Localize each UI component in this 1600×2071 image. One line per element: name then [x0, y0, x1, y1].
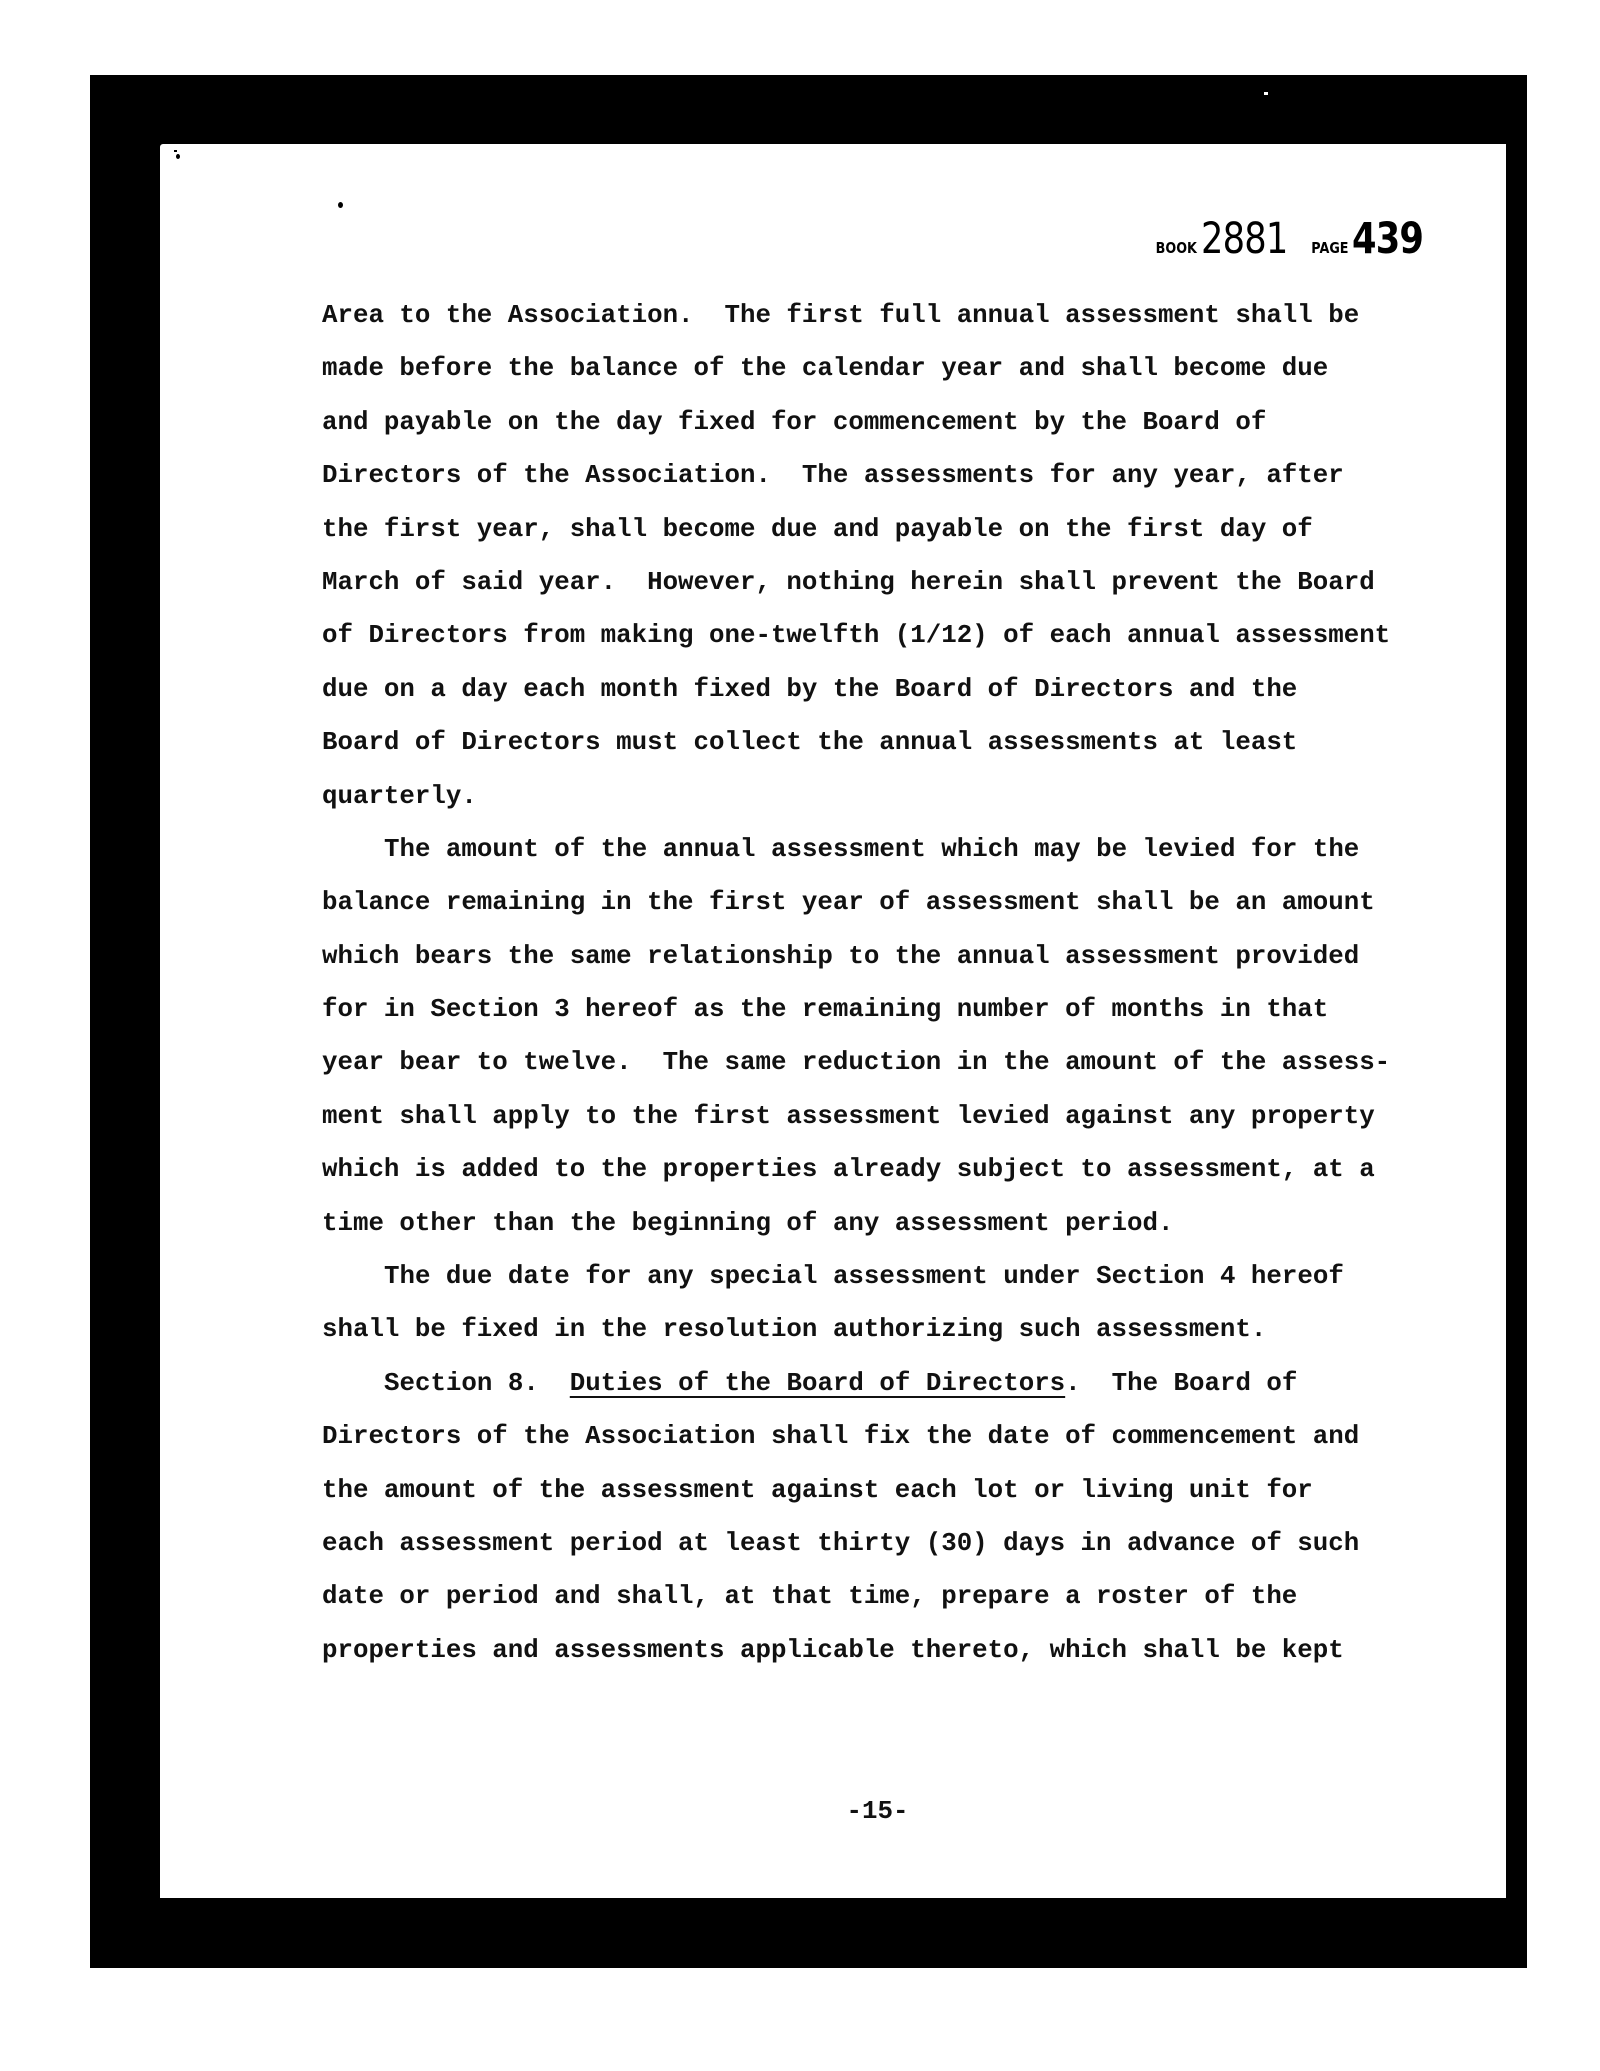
text-line: time other than the beginning of any ass…: [322, 1197, 1452, 1250]
text-line: The amount of the annual assessment whic…: [322, 823, 1452, 876]
recording-stamp: BOOK2881PAGE439: [1152, 214, 1431, 264]
text-line: the first year, shall become due and pay…: [322, 503, 1452, 556]
document-body: Area to the Association. The first full …: [322, 289, 1452, 1677]
text-line: properties and assessments applicable th…: [322, 1624, 1452, 1677]
text-line: which is added to the properties already…: [322, 1143, 1452, 1196]
page-number-stamp: 439: [1352, 214, 1423, 264]
scan-speck: [1264, 92, 1268, 95]
scan-speck: [338, 202, 343, 208]
text-line: due on a day each month fixed by the Boa…: [322, 663, 1452, 716]
text-line: quarterly.: [322, 770, 1452, 823]
text-line: made before the balance of the calendar …: [322, 342, 1452, 395]
text-line: balance remaining in the first year of a…: [322, 876, 1452, 929]
text-line: which bears the same relationship to the…: [322, 930, 1452, 983]
page-label: PAGE: [1311, 223, 1348, 273]
scan-speck: [174, 150, 177, 152]
section-8: Section 8. Duties of the Board of Direct…: [322, 1357, 1452, 1677]
text-line: The due date for any special assessment …: [322, 1250, 1452, 1303]
text-line: date or period and shall, at that time, …: [322, 1570, 1452, 1623]
text-line: Board of Directors must collect the annu…: [322, 716, 1452, 769]
text-line: March of said year. However, nothing her…: [322, 556, 1452, 609]
page-footer-number: -15-: [0, 1797, 1600, 1826]
text-line: ment shall apply to the first assessment…: [322, 1090, 1452, 1143]
section-8-heading-line: Section 8. Duties of the Board of Direct…: [322, 1357, 1452, 1410]
section-heading-punct: .: [1065, 1369, 1080, 1398]
paragraph-special-assessment: The due date for any special assessment …: [322, 1250, 1452, 1357]
text-line: of Directors from making one-twelfth (1/…: [322, 609, 1452, 662]
scan-speck: [176, 154, 180, 159]
text-fragment: The Board of: [1081, 1369, 1298, 1398]
text-line: and payable on the day fixed for commenc…: [322, 396, 1452, 449]
section-heading: Duties of the Board of Directors: [570, 1369, 1065, 1398]
text-line: year bear to twelve. The same reduction …: [322, 1036, 1452, 1089]
text-line: Directors of the Association shall fix t…: [322, 1410, 1452, 1463]
text-line: Directors of the Association. The assess…: [322, 449, 1452, 502]
text-line: each assessment period at least thirty (…: [322, 1517, 1452, 1570]
section-number: Section 8.: [384, 1369, 570, 1398]
paragraph-first-year-amount: The amount of the annual assessment whic…: [322, 823, 1452, 1250]
text-line: Area to the Association. The first full …: [322, 289, 1452, 342]
text-line: the amount of the assessment against eac…: [322, 1464, 1452, 1517]
paragraph-assessment-due: Area to the Association. The first full …: [322, 289, 1452, 823]
text-line: shall be fixed in the resolution authori…: [322, 1303, 1452, 1356]
text-line: for in Section 3 hereof as the remaining…: [322, 983, 1452, 1036]
book-label: BOOK: [1156, 223, 1197, 273]
book-number: 2881: [1201, 214, 1287, 264]
